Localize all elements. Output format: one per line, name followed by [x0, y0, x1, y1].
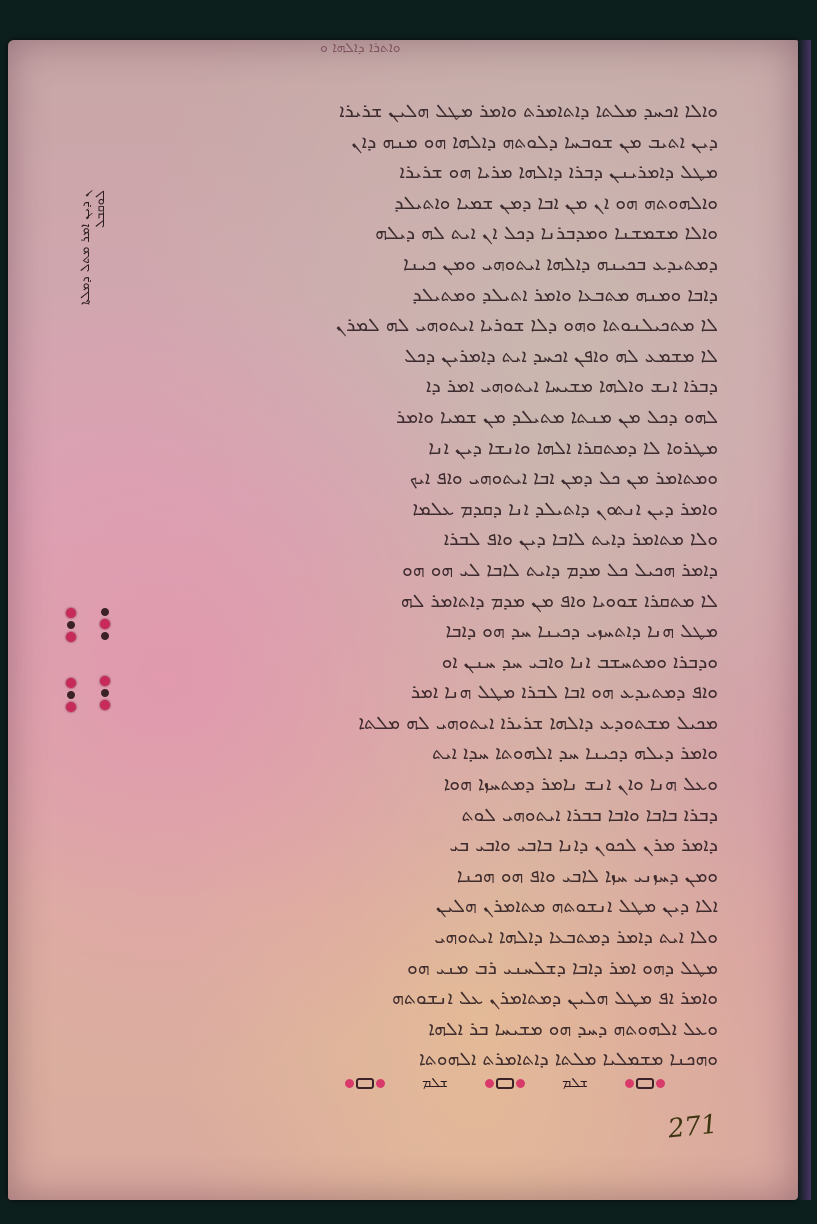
text-line: ܘܐܡܪ ܐܦ ܡܛܠ ܗܠܝܢ ܕܡܬܐܡܪܢ ܥܠ ܐܢܫܘܬܗ	[148, 983, 718, 1014]
text-line: ܕܐܒܐ ܘܡܢܗ ܡܬܒܥܐ ܘܐܡܪ ܐܬܝܠܕ ܘܡܬܝܠܕ	[148, 280, 718, 311]
text-line: ܕܐܡܪ ܡܪܢ ܠܟܘܢ ܕܐܢܐ ܒܐܒܝ ܘܐܒܝ ܒܝ	[148, 830, 718, 861]
text-line: ܠܐ ܡܫܡܥ ܠܗ ܘܐܦܢ ܐܟܚܕ ܐܝܬ ܕܐܡܪܝܢ ܕܟܠ	[148, 341, 718, 372]
text-line: ܕܒܪܐ ܒܐܒܐ ܘܐܒܐ ܒܒܪܐ ܐܝܬܘܗܝ ܠܘܬ	[148, 800, 718, 831]
text-line: ܘܐܠܗܘܬܗ ܗܘ ܐܢ ܡܢ ܐܒܐ ܕܡܢ ܫܡܝܐ ܘܐܬܝܠܕ	[148, 188, 718, 219]
text-line: ܡܛܪܘܐ ܠܐ ܕܡܬܩܪܐ ܐܠܗܐ ܘܐܢܫܐ ܕܝܢ ܐܢܐ	[148, 433, 718, 464]
ornament-column-left	[66, 605, 78, 715]
ornament-column-right	[100, 605, 112, 713]
marginal-ornament	[58, 605, 128, 745]
text-line: ܘܡܬܐܡܪ ܡܢ ܟܠ ܕܡܢ ܐܒܐ ܐܝܬܘܗܝ ܘܐܦ ܐܝܟ	[148, 463, 718, 494]
text-line: ܕܝܢ ܐܬܝܒ ܡܢ ܫܘܒܚܐ ܕܠܘܬܗ ܕܐܠܗܐ ܗܘ ܡܢܗ ܕܐܢ	[148, 127, 718, 158]
text-line: ܡܛܠ ܕܐܡܪܝܢܢ ܕܒܪܐ ܕܐܠܗܐ ܡܪܝܐ ܗܘ ܫܪܝܪܐ	[148, 157, 718, 188]
text-line: ܠܗܘ ܕܟܠ ܡܢ ܡܢܬܐ ܡܬܝܠܕ ܡܢ ܫܡܝܐ ܘܐܡܪ	[148, 402, 718, 433]
text-line: ܕܐܡܪ ܗܟܝܠ ܟܠ ܡܕܡ ܕܐܝܬ ܠܐܒܐ ܠܝ ܗܘ ܗܘ	[148, 555, 718, 586]
ornament-dot-group	[625, 1078, 665, 1089]
text-line: ܘܠܐ ܡܬܐܡܪ ܕܐܝܬ ܠܐܒܐ ܕܝܢ ܘܐܦ ܠܒܪܐ	[148, 524, 718, 555]
text-line: ܕܡܬܝܕܥ ܒܟܝܢܗ ܕܐܠܗܐ ܐܝܬܘܗܝ ܘܡܢ ܟܝܢܐ	[148, 249, 718, 280]
text-line: ܘܥܠ ܗܢܐ ܘܐܢ ܐܢܫ ܢܐܡܪ ܕܡܬܚܙܐ ܗܘܐ	[148, 769, 718, 800]
text-line: ܡܟܝܠ ܡܫܬܘܕܥ ܕܐܠܗܐ ܫܪܝܪܐ ܐܝܬܘܗܝ ܠܗ ܡܠܬܐ	[148, 708, 718, 739]
text-line: ܡܛܠ ܗܢܐ ܕܐܬܚܙܝ ܕܟܝܢܐ ܚܕ ܗܘ ܕܐܒܐ	[148, 616, 718, 647]
colophon-ornament: ܫܠܡ ܫܠܡ	[345, 1068, 665, 1098]
page-edge	[797, 40, 811, 1200]
text-line: ܡܛܠ ܕܗܘ ܐܡܪ ܕܐܒܐ ܕܫܠܚܢܝ ܪܒ ܡܢܝ ܗܘ	[148, 953, 718, 984]
text-line: ܠܐ ܡܬܟܝܠܢܘܬܐ ܘܗܘ ܕܠܐ ܫܘܪܝܐ ܐܝܬܘܗܝ ܠܗ ܠܡܪ…	[148, 310, 718, 341]
text-line: ܘܕܒܪܐ ܘܡܬܚܫܒ ܐܢܐ ܘܐܒܝ ܚܕ ܚܢܢ ܐܘ	[148, 647, 718, 678]
text-line: ܘܥܠ ܐܠܗܘܬܗ ܕܚܕ ܗܘ ܡܫܝܚܐ ܒܪ ܐܠܗܐ	[148, 1014, 718, 1045]
text-line: ܘܠܐ ܐܝܬ ܕܐܡܪ ܕܡܬܒܥܐ ܕܐܠܗܐ ܐܝܬܘܗܝ	[148, 922, 718, 953]
text-line: ܘܐܠܐ ܡܫܡܫܢܐ ܘܡܕܒܪܢܐ ܕܟܠ ܐܢ ܐܝܬ ܠܗ ܕܝܠܗ	[148, 218, 718, 249]
ornament-dot-group	[345, 1078, 385, 1089]
ornament-dot-group	[485, 1078, 525, 1089]
text-line: ܘܐܡܪ ܕܝܢ ܐܢܬܘܢ ܕܐܬܝܠܕ ܐܢܐ ܕܩܕܡ ܥܠܡܐ	[148, 494, 718, 525]
folio-number: 271	[667, 1109, 720, 1144]
text-line: ܐܠܐ ܕܝܢ ܡܛܠ ܐܢܫܘܬܗ ܡܬܐܡܪܢ ܗܠܝܢ	[148, 891, 718, 922]
text-line: ܕܒܪܐ ܐܢܫ ܘܐܠܗܐ ܡܫܝܚܐ ܐܝܬܘܗܝ ܐܡܪ ܕܐ	[148, 371, 718, 402]
text-line: ܘܐܠܐ ܐܟܚܕ ܡܠܬܐ ܕܐܬܐܡܪܬ ܘܐܡܪ ܡܛܠ ܗܠܝܢ ܫܪܝ…	[148, 96, 718, 127]
text-line: ܘܐܦ ܕܡܬܝܕܥ ܗܘ ܐܒܐ ܠܒܪܐ ܡܛܠ ܗܢܐ ܐܡܪ	[148, 677, 718, 708]
text-line: ܠܐ ܡܬܩܪܐ ܫܘܘܝܐ ܘܐܦ ܡܢ ܡܕܡ ܕܐܬܐܡܪ ܠܗ	[148, 586, 718, 617]
text-line: ܘܐܡܪ ܕܝܠܗ ܕܟܝܢܐ ܚܕ ܐܠܗܘܬܐ ܚܕܐ ܐܝܬ	[148, 738, 718, 769]
colophon-word: ܫܠܡ	[562, 1075, 588, 1091]
text-line: ܘܡܢ ܕܚܙܢܝ ܚܙܐ ܠܐܒܝ ܘܐܦ ܗܘ ܗܟܢܐ	[148, 861, 718, 892]
margin-note: ܢ ܕܝܢ ܐܡܪ ܡܬܠ ܕܡܠܬܐ ܠܘܩܒܠ	[78, 190, 118, 340]
main-text-block: ܘܐܠܐ ܐܟܚܕ ܡܠܬܐ ܕܐܬܐܡܪܬ ܘܐܡܪ ܡܛܠ ܗܠܝܢ ܫܪܝ…	[148, 96, 718, 1075]
colophon-word: ܫܠܡ	[422, 1075, 448, 1091]
running-header: ܘܐܬܪܐ ܕܐܠܗܐ ܘ	[320, 40, 401, 56]
